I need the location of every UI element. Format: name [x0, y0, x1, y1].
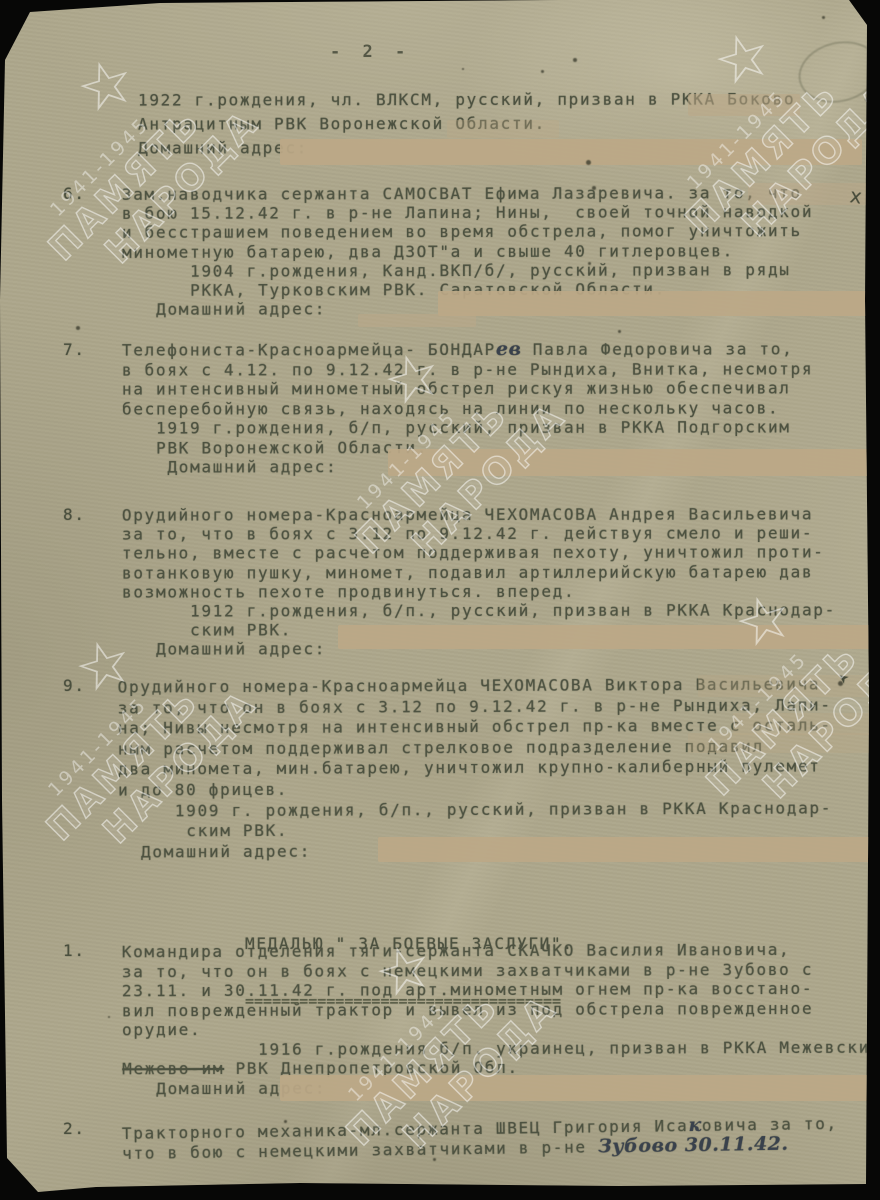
redaction-box: [438, 291, 870, 316]
redaction-layer: [0, 0, 880, 1200]
document-page: - 2 - 1922 г.рождения, чл. ВЛКСМ, русски…: [0, 0, 880, 1200]
redaction-box: [338, 625, 876, 649]
redaction-box: [358, 314, 476, 327]
redaction-box: [378, 837, 870, 862]
redaction-box: [698, 675, 866, 697]
redaction-box: [748, 183, 870, 205]
redaction-box: [733, 713, 873, 735]
scanned-document-screenshot: { "page": { "number_label": "- 2 -" }, "…: [0, 0, 880, 1200]
redaction-box: [688, 733, 873, 753]
redaction-box: [447, 120, 559, 138]
redaction-box: [280, 139, 862, 165]
redaction-box: [688, 94, 800, 116]
redaction-box: [280, 1075, 868, 1101]
redaction-box: [388, 449, 870, 476]
